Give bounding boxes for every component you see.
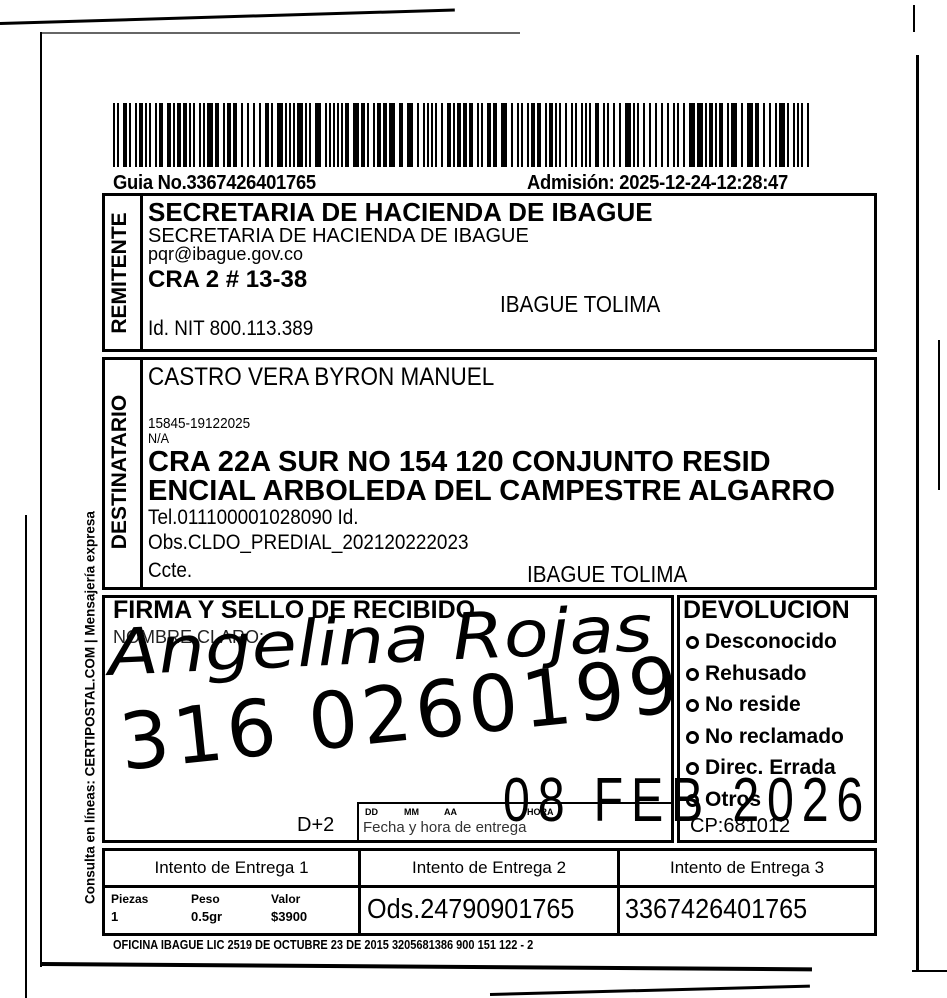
- date-caption: Fecha y hora de entrega: [363, 820, 526, 835]
- date-header-dd: DD: [365, 808, 378, 817]
- date-header-mm: MM: [404, 808, 419, 817]
- destinatario-label: DESTINATARIO: [108, 382, 132, 562]
- destinatario-obs: Obs.CLDO_PREDIAL_202120222023: [148, 532, 468, 553]
- destinatario-name: CASTRO VERA BYRON MANUEL: [148, 365, 494, 390]
- barcode: [113, 103, 810, 167]
- remitente-address: CRA 2 # 13-38: [148, 268, 307, 292]
- destinatario-tel: Tel.011100001028090 Id.: [148, 507, 359, 528]
- scan-edge-bottom-2: [490, 985, 810, 996]
- scan-edge-top: [0, 9, 455, 25]
- peso-label: Peso: [191, 893, 220, 905]
- footer-office-info: OFICINA IBAGUE LIC 2519 DE OCTUBRE 23 DE…: [113, 939, 533, 952]
- remitente-divider: [140, 196, 143, 349]
- remitente-name: SECRETARIA DE HACIENDA DE IBAGUE: [148, 226, 529, 246]
- radio-icon: [686, 794, 699, 807]
- destinatario-divider: [140, 360, 143, 587]
- service-level: D+2: [297, 815, 334, 835]
- remitente-email: pqr@ibague.gov.co: [148, 245, 303, 263]
- radio-icon: [686, 699, 699, 712]
- scan-edge-top-inner: [40, 32, 520, 34]
- piezas-value: 1: [111, 910, 118, 923]
- radio-icon: [686, 731, 699, 744]
- remitente-id: Id. NIT 800.113.389: [148, 318, 313, 339]
- intentos-row-divider: [105, 885, 874, 888]
- guia-number-bottom: 3367426401765: [625, 895, 807, 923]
- intento-entrega-3: Intento de Entrega 3: [620, 851, 874, 885]
- scan-edge-left: [40, 32, 42, 967]
- remitente-label: REMITENTE: [108, 203, 132, 343]
- date-header-aa: AA: [444, 808, 457, 817]
- destinatario-ccte: Ccte.: [148, 560, 192, 581]
- devolucion-option-direc-errada[interactable]: Direc. Errada: [686, 752, 844, 784]
- piezas-label: Piezas: [111, 893, 148, 905]
- destinatario-ref: 15845-19122025: [148, 416, 250, 431]
- destinatario-address-2: ENCIAL ARBOLEDA DEL CAMPESTRE ALGARRO: [148, 477, 878, 506]
- side-consulta-text: Consulta en líneas: CERTIPOSTAL.COM | Me…: [83, 478, 98, 938]
- destinatario-address-1: CRA 22A SUR NO 154 120 CONJUNTO RESID: [148, 448, 771, 477]
- scan-edge-far-left: [25, 515, 27, 998]
- remitente-city: IBAGUE TOLIMA: [500, 293, 660, 316]
- devolucion-option-no-reclamado[interactable]: No reclamado: [686, 721, 844, 753]
- devolucion-option-otros[interactable]: Otros: [686, 784, 844, 816]
- scan-edge-right-top: [913, 5, 915, 32]
- devolucion-title: DEVOLUCION: [683, 598, 850, 623]
- radio-icon: [686, 668, 699, 681]
- scan-edge-bottom: [42, 962, 812, 971]
- valor-label: Valor: [271, 893, 300, 905]
- radio-icon: [686, 636, 699, 649]
- devolucion-options: Desconocido Rehusado No reside No reclam…: [686, 626, 844, 815]
- ods-number: Ods.24790901765: [367, 895, 574, 923]
- admision-datetime: Admisión: 2025-12-24-12:28:47: [527, 172, 788, 195]
- destinatario-city: IBAGUE TOLIMA: [527, 563, 687, 586]
- devolucion-option-no-reside[interactable]: No reside: [686, 689, 844, 721]
- guia-number: Guia No.3367426401765: [113, 172, 316, 195]
- scan-edge-far-right: [938, 340, 940, 490]
- scan-edge-right: [916, 55, 919, 970]
- remitente-name-bold: SECRETARIA DE HACIENDA DE IBAGUE: [148, 199, 653, 225]
- scan-edge-bottom-right: [912, 970, 947, 972]
- intento-entrega-1: Intento de Entrega 1: [105, 851, 358, 885]
- valor-value: $3900: [271, 910, 307, 923]
- destinatario-na: N/A: [148, 431, 169, 445]
- intento-entrega-2: Intento de Entrega 2: [361, 851, 617, 885]
- devolucion-option-rehusado[interactable]: Rehusado: [686, 658, 844, 690]
- peso-value: 0.5gr: [191, 910, 222, 923]
- devolucion-option-desconocido[interactable]: Desconocido: [686, 626, 844, 658]
- radio-icon: [686, 762, 699, 775]
- devolucion-cp: CP:681012: [690, 816, 790, 836]
